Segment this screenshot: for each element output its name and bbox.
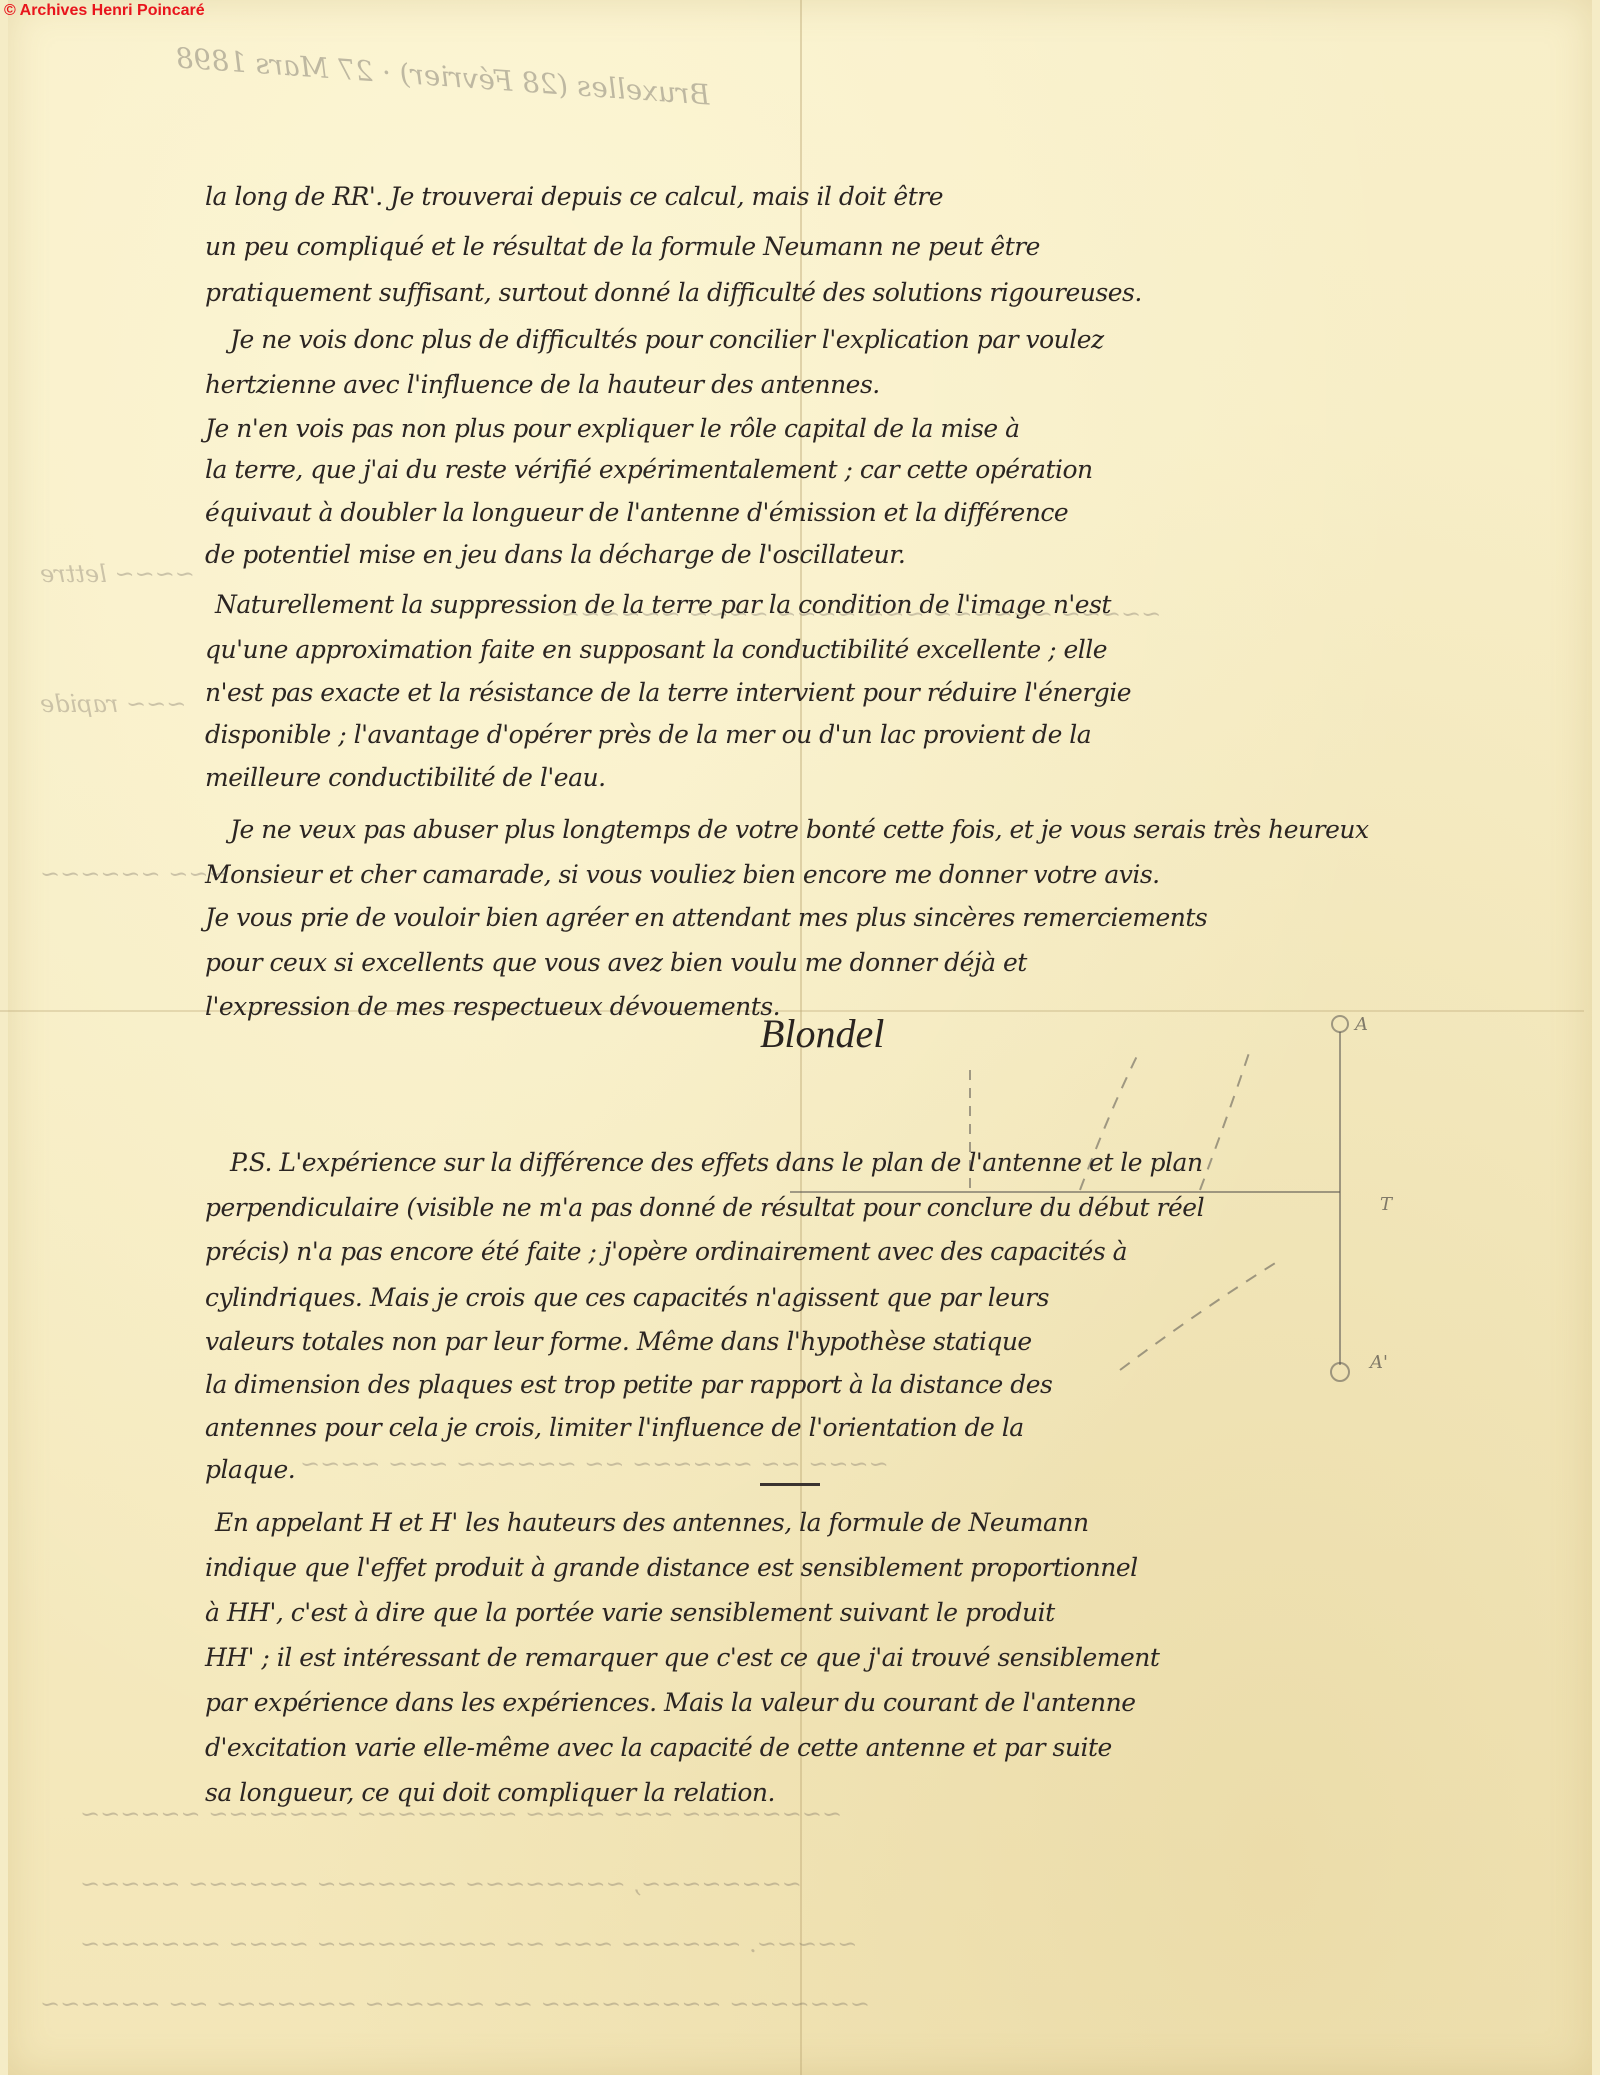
letter-line: meilleure conductibilité de l'eau. <box>205 763 606 792</box>
closing-line: d'excitation varie elle-même avec la cap… <box>205 1733 1112 1762</box>
letter-line: Naturellement la suppression de la terre… <box>215 590 1111 619</box>
letter-line: la terre, que j'ai du reste vérifié expé… <box>205 455 1093 484</box>
letter-line: de potentiel mise en jeu dans la décharg… <box>205 540 905 569</box>
letter-line: qu'une approximation faite en supposant … <box>205 635 1107 664</box>
diagram-label-a-prime: A' <box>1368 1352 1388 1373</box>
letter-line: pour ceux si excellents que vous avez bi… <box>205 948 1027 977</box>
diagram-label-a: A <box>1353 1014 1368 1035</box>
closing-line: En appelant H et H' les hauteurs des ant… <box>215 1508 1089 1537</box>
bleed-through-text: ~~~~ ~~ ~~~~~~ ~~ ~~~~~~ ~~~ ~~~~ <box>300 1450 889 1478</box>
letter-line: Je ne vois donc plus de difficultés pour… <box>230 325 1104 354</box>
letter-line: la long de RR'. Je trouverai depuis ce c… <box>205 182 943 211</box>
diagram-label-t: T <box>1380 1194 1394 1215</box>
postscript-line: perpendiculaire (visible ne m'a pas donn… <box>205 1193 1204 1222</box>
letter-line: Je ne veux pas abuser plus longtemps de … <box>230 815 1369 844</box>
postscript-line: plaque. <box>205 1455 295 1484</box>
letter-line: disponible ; l'avantage d'opérer près de… <box>205 720 1091 749</box>
letter-line: Monsieur et cher camarade, si vous vouli… <box>205 860 1160 889</box>
bleed-through-text: ~~~~~~~ ~~~~~~~~~ ~~ ~~~~~~ ~~~~~~~ ~~ ~… <box>40 1990 870 2018</box>
bleed-through-text: ~~~~ lettre <box>40 560 195 588</box>
postscript-line: cylindriques. Mais je crois que ces capa… <box>205 1283 1049 1312</box>
bleed-through-text: ~~~~~~~~, ~~~~~~~~ ~~~~~~~ ~~~~~~ ~~~~~ <box>80 1870 802 1898</box>
bleed-through-text: ~~~~~. ~~~~~~ ~~~ ~~ ~~~~~~~~~ ~~~~ ~~~~… <box>80 1930 857 1958</box>
postscript-line: antennes pour cela je crois, limiter l'i… <box>205 1413 1024 1442</box>
closing-line: HH' ; il est intéressant de remarquer qu… <box>205 1643 1159 1672</box>
letter-line: n'est pas exacte et la résistance de la … <box>205 678 1131 707</box>
postscript-line: valeurs totales non par leur forme. Même… <box>205 1327 1032 1356</box>
closing-line: indique que l'effet produit à grande dis… <box>205 1553 1138 1582</box>
letter-line: équivaut à doubler la longueur de l'ante… <box>205 498 1068 527</box>
closing-line: à HH', c'est à dire que la portée varie … <box>205 1598 1055 1627</box>
postscript-line: précis) n'a pas encore été faite ; j'opè… <box>205 1237 1127 1266</box>
closing-line: par expérience dans les expériences. Mai… <box>205 1688 1136 1717</box>
letter-line: pratiquement suffisant, surtout donné la… <box>205 278 1142 307</box>
archive-watermark: © Archives Henri Poincaré <box>4 2 205 20</box>
bleed-through-text: ~~~ rapide <box>40 690 186 718</box>
closing-line: sa longueur, ce qui doit compliquer la r… <box>205 1778 775 1807</box>
letter-line: Je vous prie de vouloir bien agréer en a… <box>205 903 1207 932</box>
bleed-through-text: ~~~ ~~~~~~ <box>40 860 229 888</box>
letter-line: l'expression de mes respectueux dévoueme… <box>205 992 780 1021</box>
letter-line: un peu compliqué et le résultat de la fo… <box>205 232 1040 261</box>
letter-line: Je n'en vois pas non plus pour expliquer… <box>205 414 1020 443</box>
letter-line: hertzienne avec l'influence de la hauteu… <box>205 370 880 399</box>
postscript-line: P.S. L'expérience sur la différence des … <box>230 1148 1203 1177</box>
section-divider <box>760 1483 820 1486</box>
scan-border <box>0 2075 1600 2085</box>
postscript-line: la dimension des plaques est trop petite… <box>205 1370 1052 1399</box>
